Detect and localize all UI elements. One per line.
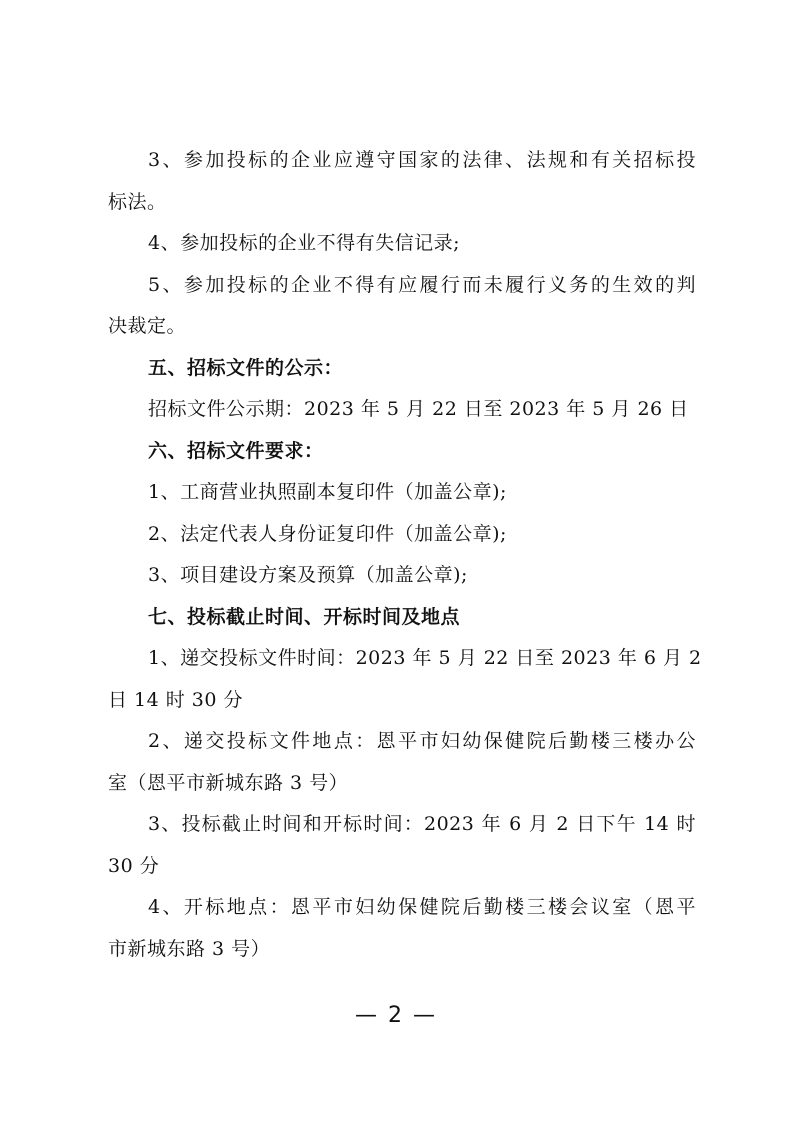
paragraph-line: 市新城东路 3 号） — [108, 929, 696, 971]
section-heading: 五、招标文件的公示： — [108, 348, 696, 390]
paragraph-line: 2、法定代表人身份证复印件（加盖公章); — [108, 514, 696, 556]
document-body: 3、参加投标的企业应遵守国家的法律、法规和有关招标投 标法。 4、参加投标的企业… — [108, 140, 696, 970]
paragraph-line: 3、项目建设方案及预算（加盖公章); — [108, 555, 696, 597]
paragraph-line: 标法。 — [108, 182, 696, 224]
paragraph-line: 日 14 时 30 分 — [108, 680, 696, 722]
document-page: 3、参加投标的企业应遵守国家的法律、法规和有关招标投 标法。 4、参加投标的企业… — [0, 0, 792, 1121]
page-number: — 2 — — [0, 1003, 792, 1028]
paragraph-line: 30 分 — [108, 846, 696, 888]
paragraph-line: 4、参加投标的企业不得有失信记录; — [108, 223, 696, 265]
paragraph-line: 2、递交投标文件地点：恩平市妇幼保健院后勤楼三楼办公 — [108, 721, 696, 763]
paragraph-line: 招标文件公示期：2023 年 5 月 22 日至 2023 年 5 月 26 日 — [108, 389, 696, 431]
paragraph-line: 1、工商营业执照副本复印件（加盖公章); — [108, 472, 696, 514]
paragraph-line: 4、开标地点：恩平市妇幼保健院后勤楼三楼会议室（恩平 — [108, 887, 696, 929]
paragraph-line: 决裁定。 — [108, 306, 696, 348]
paragraph-line: 室（恩平市新城东路 3 号） — [108, 763, 696, 805]
section-heading: 六、招标文件要求： — [108, 431, 696, 473]
paragraph-line: 5、参加投标的企业不得有应履行而未履行义务的生效的判 — [108, 265, 696, 307]
paragraph-line: 3、投标截止时间和开标时间：2023 年 6 月 2 日下午 14 时 — [108, 804, 696, 846]
paragraph-line: 3、参加投标的企业应遵守国家的法律、法规和有关招标投 — [108, 140, 696, 182]
paragraph-line: 1、递交投标文件时间：2023 年 5 月 22 日至 2023 年 6 月 2 — [108, 638, 696, 680]
section-heading: 七、投标截止时间、开标时间及地点 — [108, 597, 696, 639]
